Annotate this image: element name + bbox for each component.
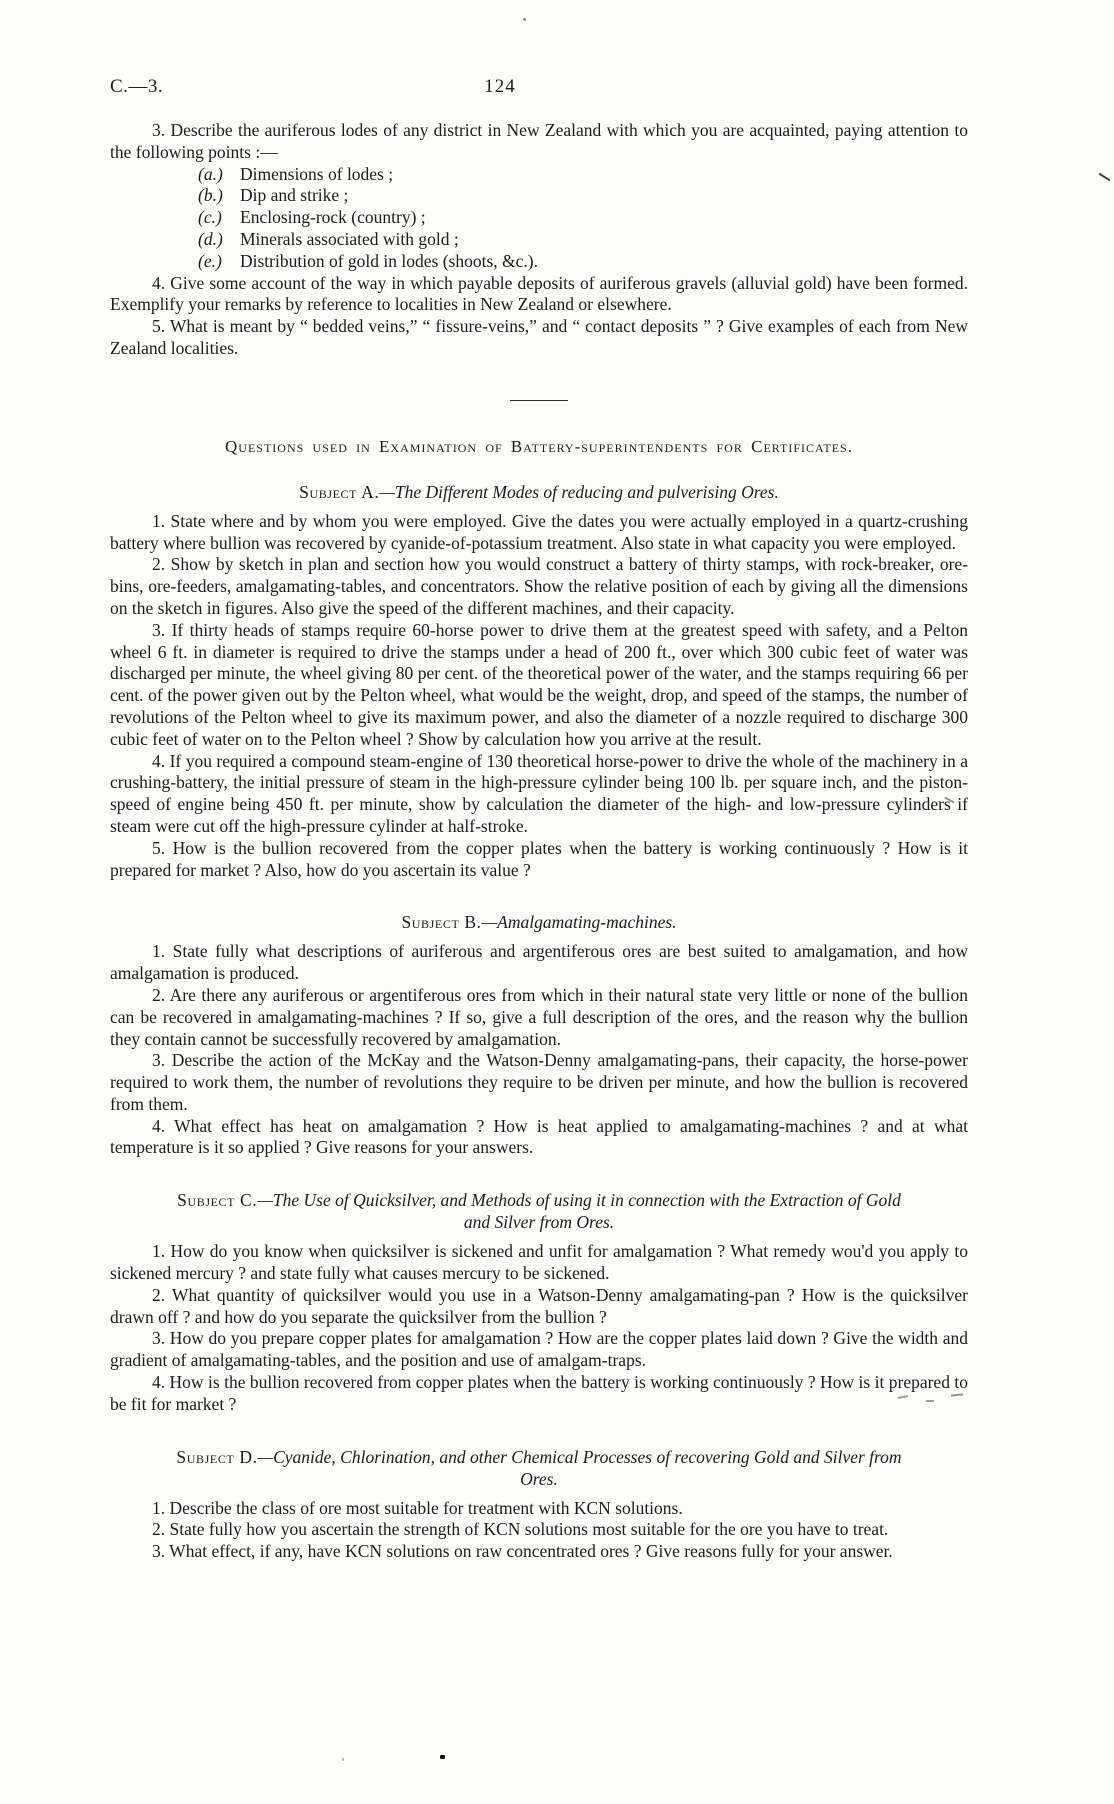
list-item: (e.)Distribution of gold in lodes (shoot… [110, 251, 968, 273]
list-item-text: Enclosing-rock (country) ; [240, 207, 426, 227]
subject-b-heading: Subject B.—Amalgamating-machines. [110, 911, 968, 933]
subject-d-question-2: 2. State fully how you ascertain the str… [110, 1519, 968, 1541]
page-number: 124 [110, 76, 890, 98]
list-item-text: Dimensions of lodes ; [240, 164, 393, 184]
ink-mark [926, 1400, 934, 1402]
ink-mark [1098, 173, 1110, 182]
subject-a-question-4: 4. If you required a compound steam-engi… [110, 751, 968, 838]
list-item-text: Minerals associated with gold ; [240, 229, 459, 249]
subject-title: —Amalgamating-machines. [482, 912, 677, 932]
subject-d-heading: Subject D.—Cyanide, Chlorination, and ot… [110, 1446, 968, 1490]
subject-c-question-3: 3. How do you prepare copper plates for … [110, 1328, 968, 1372]
subject-label: Subject C. [177, 1190, 257, 1210]
list-item: (a.)Dimensions of lodes ; [110, 164, 968, 186]
ink-speck [523, 18, 526, 21]
list-item-label: (c.) [198, 207, 240, 229]
question-4: 4. Give some account of the way in which… [110, 273, 968, 317]
subject-d-question-1: 1. Describe the class of ore most suitab… [110, 1498, 968, 1520]
subject-a-heading: Subject A.—The Different Modes of reduci… [110, 481, 968, 503]
list-item: (c.)Enclosing-rock (country) ; [110, 207, 968, 229]
ink-speck [440, 1755, 445, 1759]
subject-label: Subject D. [176, 1447, 257, 1467]
document-page: C.—3. 124 3. Describe the auriferous lod… [0, 0, 1114, 1804]
subject-a-question-2: 2. Show by sketch in plan and section ho… [110, 554, 968, 619]
list-item-label: (a.) [198, 164, 240, 186]
ink-speck [342, 1758, 344, 1761]
subject-label: Subject B. [401, 912, 481, 932]
subject-label: Subject A. [299, 482, 379, 502]
list-item: (b.)Dip and strike ; [110, 185, 968, 207]
subject-a-question-5: 5. How is the bullion recovered from the… [110, 838, 968, 882]
list-item: (d.)Minerals associated with gold ; [110, 229, 968, 251]
subject-b-question-1: 1. State fully what descriptions of auri… [110, 941, 968, 985]
subject-c-heading: Subject C.—The Use of Quicksilver, and M… [110, 1189, 968, 1233]
subject-c-question-1: 1. How do you know when quicksilver is s… [110, 1241, 968, 1285]
list-item-label: (b.) [198, 185, 240, 207]
subject-b-question-4: 4. What effect has heat on amalgamation … [110, 1116, 968, 1160]
exam-section-heading: Questions used in Examination of Battery… [110, 437, 968, 457]
subject-title: —The Use of Quicksilver, and Methods of … [257, 1190, 901, 1210]
list-item-label: (d.) [198, 229, 240, 251]
list-item-text: Distribution of gold in lodes (shoots, &… [240, 251, 538, 271]
subject-title: —The Different Modes of reducing and pul… [379, 482, 779, 502]
question-5: 5. What is meant by “ bedded veins,” “ f… [110, 316, 968, 360]
page-header: C.—3. 124 [110, 76, 968, 102]
question-3-intro: 3. Describe the auriferous lodes of any … [110, 120, 968, 164]
subject-title: —Cyanide, Chlorination, and other Chemic… [258, 1447, 902, 1467]
subject-c-question-4: 4. How is the bullion recovered from cop… [110, 1372, 968, 1416]
section-divider [510, 400, 568, 401]
subject-a-question-3: 3. If thirty heads of stamps require 60-… [110, 620, 968, 751]
list-item-label: (e.) [198, 251, 240, 273]
subject-title-line2: Ores. [520, 1469, 558, 1489]
page-content: C.—3. 124 3. Describe the auriferous lod… [110, 76, 968, 1563]
subject-a-question-1: 1. State where and by whom you were empl… [110, 511, 968, 555]
subject-title-line2: and Silver from Ores. [464, 1212, 614, 1232]
list-item-text: Dip and strike ; [240, 185, 348, 205]
subject-b-question-2: 2. Are there any auriferous or argentife… [110, 985, 968, 1050]
subject-b-question-3: 3. Describe the action of the McKay and … [110, 1050, 968, 1115]
subject-d-question-3: 3. What effect, if any, have KCN solutio… [110, 1541, 968, 1563]
subject-c-question-2: 2. What quantity of quicksilver would yo… [110, 1285, 968, 1329]
